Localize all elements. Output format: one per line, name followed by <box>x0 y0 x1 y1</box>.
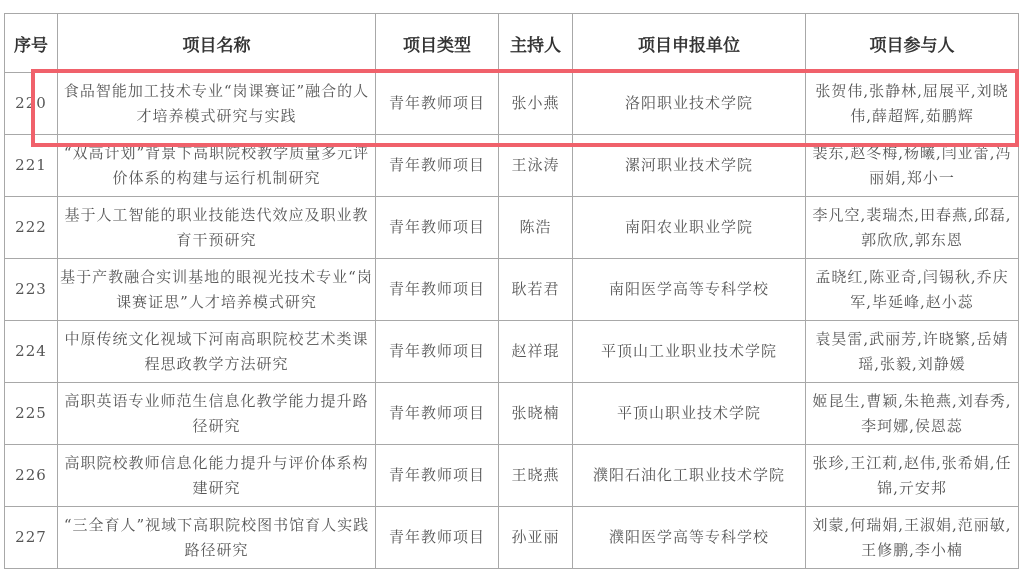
header-participants: 项目参与人 <box>806 14 1019 73</box>
project-type: 青年教师项目 <box>376 135 499 197</box>
project-name: 中原传统文化视域下河南高职院校艺术类课程思政教学方法研究 <box>58 321 376 383</box>
project-name: 高职院校教师信息化能力提升与评价体系构建研究 <box>58 445 376 507</box>
host: 孙亚丽 <box>499 507 573 569</box>
host: 张小燕 <box>499 73 573 135</box>
participants: 刘蒙,何瑞娟,王淑娟,范丽敏,王修鹏,李小楠 <box>806 507 1019 569</box>
project-name: 食品智能加工技术专业“岗课赛证”融合的人才培养模式研究与实践 <box>58 73 376 135</box>
participants: 姬昆生,曹颖,朱艳燕,刘春秀,李珂娜,侯恩蕊 <box>806 383 1019 445</box>
serial-no: 224 <box>5 321 58 383</box>
header-host: 主持人 <box>499 14 573 73</box>
table-row: 221 “双高计划”背景下高职院校教学质量多元评价体系的构建与运行机制研究 青年… <box>5 135 1019 197</box>
project-type: 青年教师项目 <box>376 383 499 445</box>
serial-no: 220 <box>5 73 58 135</box>
host: 陈浩 <box>499 197 573 259</box>
applying-unit: 平顶山职业技术学院 <box>573 383 806 445</box>
project-type: 青年教师项目 <box>376 507 499 569</box>
table-row: 225 高职英语专业师范生信息化教学能力提升路径研究 青年教师项目 张晓楠 平顶… <box>5 383 1019 445</box>
serial-no: 222 <box>5 197 58 259</box>
applying-unit: 濮阳石油化工职业技术学院 <box>573 445 806 507</box>
project-name: “三全育人”视域下高职院校图书馆育人实践路径研究 <box>58 507 376 569</box>
header-serial-no: 序号 <box>5 14 58 73</box>
host: 耿若君 <box>499 259 573 321</box>
project-table: 序号 项目名称 项目类型 主持人 项目申报单位 项目参与人 220 食品智能加工… <box>4 13 1019 569</box>
table-row: 223 基于产教融合实训基地的眼视光技术专业“岗课赛证思”人才培养模式研究 青年… <box>5 259 1019 321</box>
applying-unit: 濮阳医学高等专科学校 <box>573 507 806 569</box>
project-name: 高职英语专业师范生信息化教学能力提升路径研究 <box>58 383 376 445</box>
project-type: 青年教师项目 <box>376 73 499 135</box>
participants: 李凡空,裴瑞杰,田春燕,邱磊,郭欣欣,郭东恩 <box>806 197 1019 259</box>
table-row: 222 基于人工智能的职业技能迭代效应及职业教育干预研究 青年教师项目 陈浩 南… <box>5 197 1019 259</box>
project-type: 青年教师项目 <box>376 197 499 259</box>
serial-no: 225 <box>5 383 58 445</box>
header-project-type: 项目类型 <box>376 14 499 73</box>
table-row: 224 中原传统文化视域下河南高职院校艺术类课程思政教学方法研究 青年教师项目 … <box>5 321 1019 383</box>
project-type: 青年教师项目 <box>376 445 499 507</box>
table-row: 220 食品智能加工技术专业“岗课赛证”融合的人才培养模式研究与实践 青年教师项… <box>5 73 1019 135</box>
header-project-name: 项目名称 <box>58 14 376 73</box>
table-row: 226 高职院校教师信息化能力提升与评价体系构建研究 青年教师项目 王晓燕 濮阳… <box>5 445 1019 507</box>
applying-unit: 南阳医学高等专科学校 <box>573 259 806 321</box>
participants: 袁昊雷,武丽芳,许晓繁,岳婧瑶,张毅,刘静媛 <box>806 321 1019 383</box>
applying-unit: 漯河职业技术学院 <box>573 135 806 197</box>
serial-no: 221 <box>5 135 58 197</box>
host: 王晓燕 <box>499 445 573 507</box>
host: 张晓楠 <box>499 383 573 445</box>
project-name: “双高计划”背景下高职院校教学质量多元评价体系的构建与运行机制研究 <box>58 135 376 197</box>
participants: 裴东,赵冬梅,杨曦,闫亚蕾,冯丽娟,郑小一 <box>806 135 1019 197</box>
host: 王泳涛 <box>499 135 573 197</box>
serial-no: 226 <box>5 445 58 507</box>
serial-no: 227 <box>5 507 58 569</box>
table-header-row: 序号 项目名称 项目类型 主持人 项目申报单位 项目参与人 <box>5 14 1019 73</box>
header-applying-unit: 项目申报单位 <box>573 14 806 73</box>
applying-unit: 洛阳职业技术学院 <box>573 73 806 135</box>
participants: 张珍,王江莉,赵伟,张希娟,任锦,亓安邦 <box>806 445 1019 507</box>
project-name: 基于产教融合实训基地的眼视光技术专业“岗课赛证思”人才培养模式研究 <box>58 259 376 321</box>
applying-unit: 平顶山工业职业技术学院 <box>573 321 806 383</box>
project-name: 基于人工智能的职业技能迭代效应及职业教育干预研究 <box>58 197 376 259</box>
host: 赵祥琨 <box>499 321 573 383</box>
project-type: 青年教师项目 <box>376 321 499 383</box>
participants: 张贺伟,张静林,屈展平,刘晓伟,薛超辉,茹鹏辉 <box>806 73 1019 135</box>
serial-no: 223 <box>5 259 58 321</box>
applying-unit: 南阳农业职业学院 <box>573 197 806 259</box>
participants: 孟晓红,陈亚奇,闫锡秋,乔庆军,毕延峰,赵小蕊 <box>806 259 1019 321</box>
table-row: 227 “三全育人”视域下高职院校图书馆育人实践路径研究 青年教师项目 孙亚丽 … <box>5 507 1019 569</box>
project-type: 青年教师项目 <box>376 259 499 321</box>
